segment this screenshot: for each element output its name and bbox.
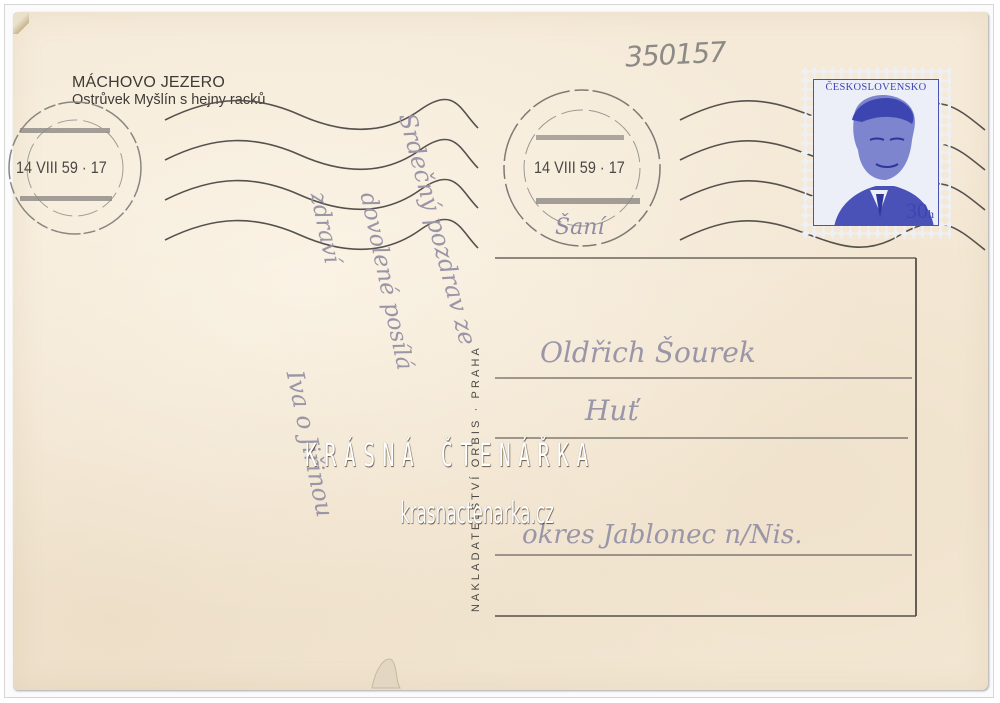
watermark-url: krasnactenarka.cz xyxy=(400,496,554,531)
postmark-right-date: 14 VIII 59 · 17 xyxy=(534,158,625,178)
postmark-left-date: 14 VIII 59 · 17 xyxy=(16,158,107,178)
paper-tear xyxy=(372,659,400,688)
publisher-imprint: NAKLADATELSTVÍ ORBIS · PRAHA xyxy=(470,345,482,612)
watermark-title: KRÁSNÁ ČTENÁŘKA xyxy=(305,436,596,474)
stamp-value: 30h xyxy=(906,198,934,224)
stamp-design: ČESKOSLOVENSKO 30h xyxy=(813,79,939,226)
address-line-3: okres Jablonec n/Nis. xyxy=(522,520,803,550)
postmark-signature: Šaní xyxy=(555,215,604,240)
address-line-2: Huť xyxy=(585,394,639,427)
address-line-1: Oldřich Šourek xyxy=(540,336,756,369)
